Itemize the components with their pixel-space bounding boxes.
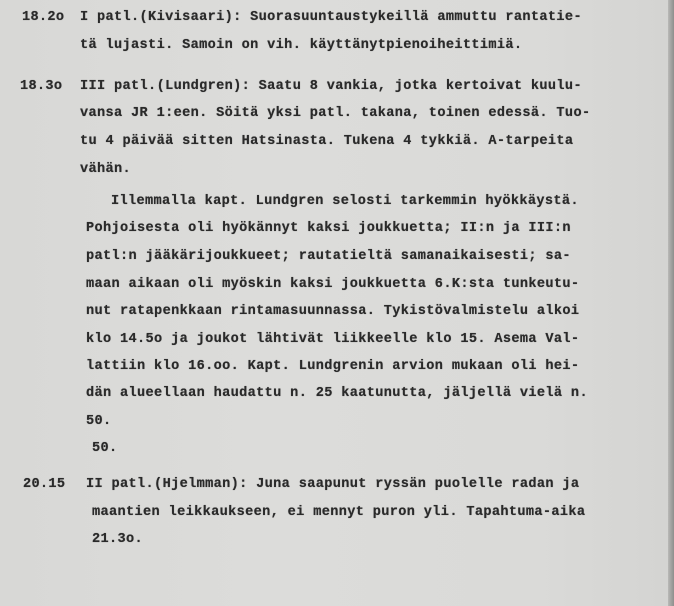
paragraph-text-line: 50. (86, 414, 112, 430)
entry-text-line: 21.3o. (92, 532, 143, 548)
page-edge-shadow (668, 0, 674, 606)
entry-text-line: tä lujasti. Samoin on vih. käyttänytpien… (80, 38, 522, 54)
entry-text-line: tu 4 päivää sitten Hatsinasta. Tukena 4 … (80, 134, 573, 150)
entry-text-line: II patl.(Hjelmman): Juna saapunut ryssän… (86, 477, 579, 493)
paragraph-text-line: nut ratapenkkaan rintamasuunnassa. Tykis… (86, 304, 579, 320)
entry-time: 18.3o (20, 79, 62, 95)
paragraph-text-line: dän alueellaan haudattu n. 25 kaatunutta… (86, 386, 588, 402)
paragraph-text-line: Pohjoisesta oli hyökännyt kaksi joukkuet… (86, 221, 571, 237)
entry-text-line: III patl.(Lundgren): Saatu 8 vankia, jot… (80, 79, 582, 95)
paragraph-text-line: klo 14.5o ja joukot lähtivät liikkeelle … (86, 332, 579, 348)
entry-text-line: vähän. (80, 162, 131, 178)
paragraph-text-line: lattiin klo 16.oo. Kapt. Lundgrenin arvi… (86, 359, 579, 375)
paragraph-text-line: patl:n jääkärijoukkueet; rautatieltä sam… (86, 249, 571, 265)
entry-time: 18.2o (22, 10, 64, 26)
entry-time: 20.15 (23, 477, 65, 493)
typewritten-page: 18.2o I patl.(Kivisaari): Suorasuuntaust… (0, 0, 668, 606)
paragraph-text-line: Illemmalla kapt. Lundgren selosti tarkem… (94, 194, 579, 210)
entry-text-line: I patl.(Kivisaari): Suorasuuntaustykeill… (80, 10, 582, 26)
paragraph-text-line: 50. (92, 441, 118, 457)
paragraph-text-line: maan aikaan oli myöskin kaksi joukkuetta… (86, 277, 579, 293)
entry-text-line: maantien leikkaukseen, ei mennyt puron y… (92, 505, 585, 521)
entry-text-line: vansa JR 1:een. Söitä yksi patl. takana,… (80, 106, 590, 122)
